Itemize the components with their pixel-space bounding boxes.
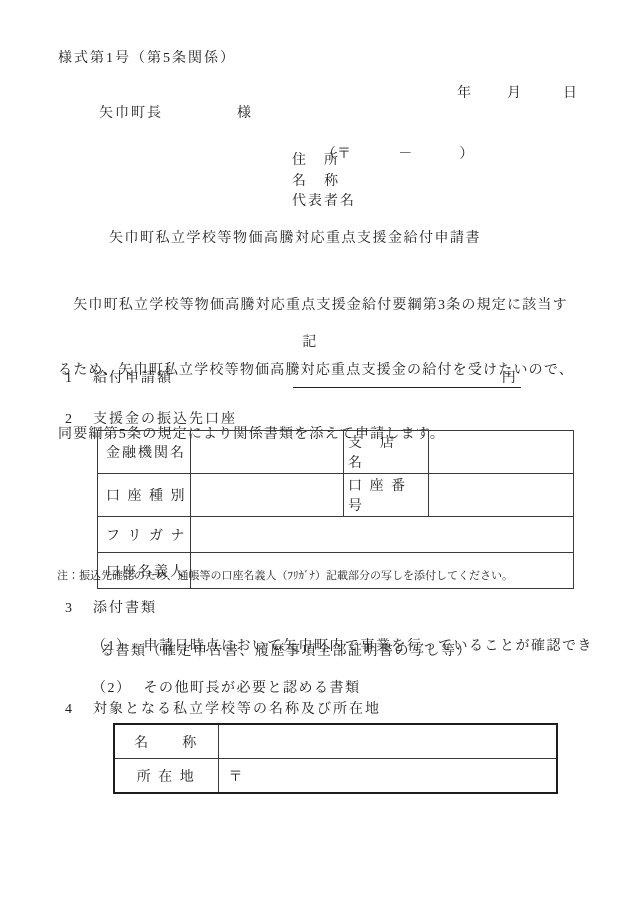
postal-close: ） (459, 147, 474, 162)
addressee-line: 矢巾町長様 (77, 90, 253, 138)
section1-label: 給付申請額 (93, 371, 173, 387)
amount-field[interactable]: 円 (293, 370, 521, 388)
table-note: 注：振込先確認のため、通帳等の口座名義人（ﾌﾘｶﾞﾅ）記載部分の写しを添付してく… (57, 570, 513, 583)
attachment-item-1-text-line2: る書類（確定申告書、履歴事項全部証明書の写し等） (100, 644, 472, 660)
school-name-field[interactable] (218, 724, 557, 759)
branch-name-field[interactable] (429, 431, 574, 474)
representative-label: 代表者名 (292, 194, 356, 210)
date-year-label: 年 (457, 86, 473, 101)
school-location-field[interactable]: 〒 (218, 759, 557, 794)
amount-unit: 円 (502, 371, 517, 386)
school-name-label: 名 称 (114, 724, 218, 759)
account-type-field[interactable] (191, 474, 344, 517)
body-line-1: 矢巾町私立学校等物価高騰対応重点支援金給付要綱第3条の規定に該当す (58, 295, 578, 317)
date-line: 年月日 (435, 70, 579, 118)
form-code: 様式第1号（第5条関係） (58, 51, 236, 67)
account-number-label: 口 座 番 号 (344, 474, 429, 517)
section4-label: 対象となる私立学校等の名称及び所在地 (93, 702, 381, 718)
section1-number: 1 (65, 371, 73, 387)
kana-label: フ リ ガ ナ (98, 517, 191, 553)
section3-label: 添付書類 (93, 601, 157, 617)
postal-dash: － (398, 147, 413, 162)
document-title: 矢巾町私立学校等物価高騰対応重点支援金給付申請書 (0, 231, 590, 247)
date-month-label: 月 (507, 86, 523, 101)
ki-separator: 記 (0, 335, 620, 351)
bank-account-table: 金融機関名 支 店 名 口 座 種 別 口 座 番 号 フ リ ガ ナ 口座名義… (97, 430, 574, 589)
honorific: 様 (237, 106, 253, 121)
kana-field[interactable] (191, 517, 574, 553)
section2-label: 支援金の振込先口座 (93, 412, 237, 428)
date-day-label: 日 (563, 86, 579, 101)
school-location-label: 所 在 地 (114, 759, 218, 794)
section3-number: 3 (65, 601, 73, 617)
table-row: フ リ ガ ナ (98, 517, 574, 553)
addressee: 矢巾町長 (99, 106, 163, 121)
table-row: 名 称 (114, 724, 557, 759)
table-row: 金融機関名 支 店 名 (98, 431, 574, 474)
address-label: 住 所 (292, 153, 340, 169)
attachment-item-2-number: （2） (92, 681, 132, 696)
attachment-item-2-text: その他町長が必要と認める書類 (144, 681, 361, 696)
section4-number: 4 (65, 702, 73, 718)
bank-name-field[interactable] (191, 431, 344, 474)
table-row: 所 在 地 〒 (114, 759, 557, 794)
section2-number: 2 (65, 412, 73, 428)
bank-name-label: 金融機関名 (98, 431, 191, 474)
account-number-field[interactable] (429, 474, 574, 517)
school-info-table: 名 称 所 在 地 〒 (113, 723, 558, 794)
branch-name-label: 支 店 名 (344, 431, 429, 474)
table-row: 口 座 種 別 口 座 番 号 (98, 474, 574, 517)
account-type-label: 口 座 種 別 (98, 474, 191, 517)
application-form-page: 様式第1号（第5条関係） 年月日 矢巾町長様 （〒－） 住 所 名 称 代表者名… (0, 0, 630, 903)
name-label: 名 称 (292, 174, 340, 190)
